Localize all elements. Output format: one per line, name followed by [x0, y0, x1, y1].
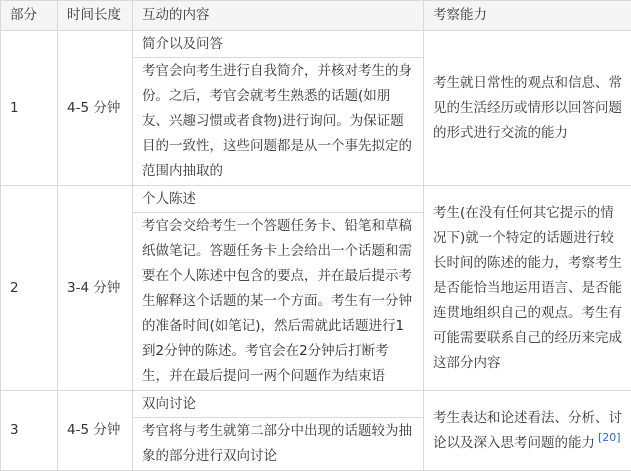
header-ability: 考察能力: [424, 1, 631, 31]
table-row: 1 4-5 分钟 简介以及问答 考生就日常性的观点和信息、常见的生活经历或情形以…: [1, 31, 631, 58]
part-number-1: 1: [1, 31, 58, 186]
duration-3: 4-5 分钟: [58, 391, 133, 471]
ability-1: 考生就日常性的观点和信息、常见的生活经历或情形以回答问题的形式进行交流的能力: [424, 31, 631, 186]
table-header-row: 部分 时间长度 互动的内容 考察能力: [1, 1, 631, 31]
header-duration: 时间长度: [58, 1, 133, 31]
ability-2: 考生(在没有任何其它提示的情况下)就一个特定的话题进行较长时间的陈述的能力，考察…: [424, 186, 631, 391]
duration-2: 3-4 分钟: [58, 186, 133, 391]
ability-3: 考生表达和论述看法、分析、讨论以及深入思考问题的能力[20]: [424, 391, 631, 471]
section-description-2: 考官会交给考生一个答题任务卡、铅笔和草稿纸做笔记。答题任务卡上会给出一个话题和需…: [133, 213, 424, 391]
section-description-3: 考官将与考生就第二部分中出现的话题较为抽象的部分进行双向讨论: [133, 418, 424, 471]
part-number-3: 3: [1, 391, 58, 471]
section-title-2: 个人陈述: [133, 186, 424, 213]
citation-link-20[interactable]: [20]: [598, 431, 621, 444]
table-row: 3 4-5 分钟 双向讨论 考生表达和论述看法、分析、讨论以及深入思考问题的能力…: [1, 391, 631, 418]
section-title-3: 双向讨论: [133, 391, 424, 418]
speaking-test-table: 部分 时间长度 互动的内容 考察能力 1 4-5 分钟 简介以及问答 考生就日常…: [0, 0, 631, 471]
page: 部分 时间长度 互动的内容 考察能力 1 4-5 分钟 简介以及问答 考生就日常…: [0, 0, 631, 471]
header-content: 互动的内容: [133, 1, 424, 31]
ability-3-text: 考生表达和论述看法、分析、讨论以及深入思考问题的能力: [433, 410, 622, 451]
table-row: 2 3-4 分钟 个人陈述 考生(在没有任何其它提示的情况下)就一个特定的话题进…: [1, 186, 631, 213]
section-description-1: 考官会向考生进行自我简介，并核对考生的身份。之后，考官会就考生熟悉的话题(如朋友…: [133, 58, 424, 186]
part-number-2: 2: [1, 186, 58, 391]
section-title-1: 简介以及问答: [133, 31, 424, 58]
header-part: 部分: [1, 1, 58, 31]
duration-1: 4-5 分钟: [58, 31, 133, 186]
